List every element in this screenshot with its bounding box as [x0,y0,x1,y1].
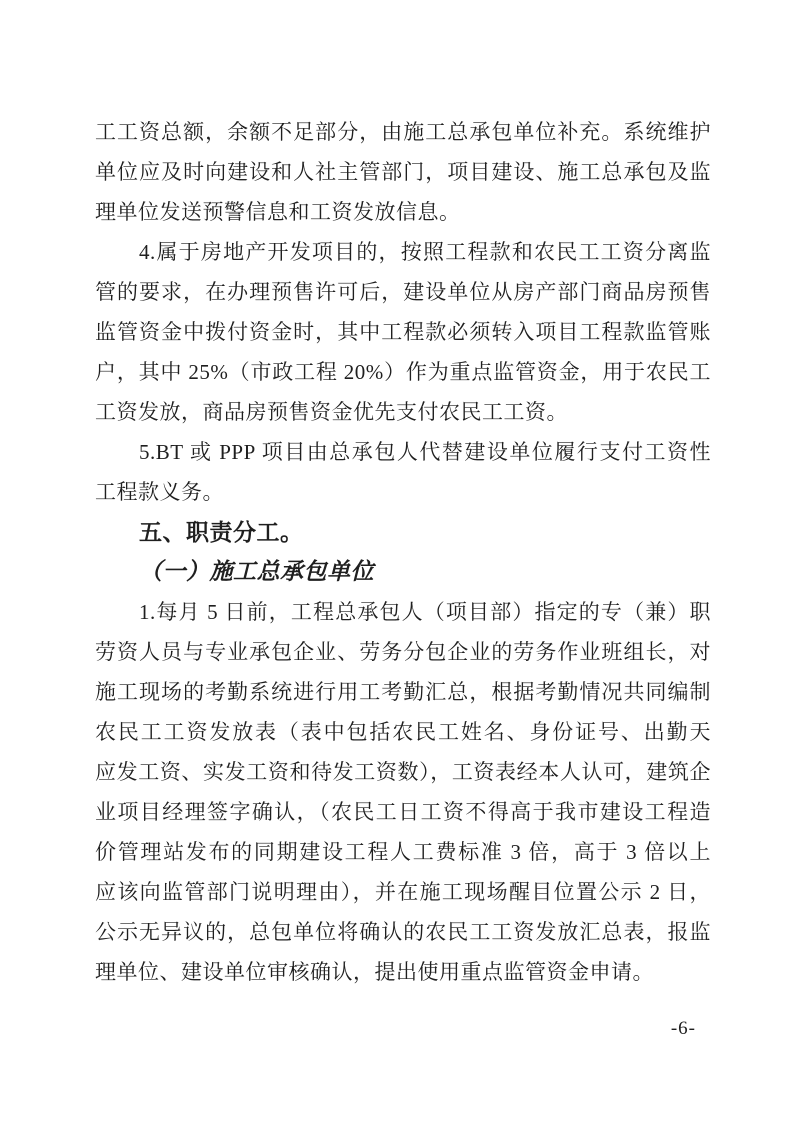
para-item-5-line-1: 5.BT 或 PPP 项目由总承包人代替建设单位履行支付工资性 [95,432,711,472]
para-item-4-line-1: 4.属于房地产开发项目的，按照工程款和农民工工资分离监 [95,232,711,272]
para-continuation-line-3: 理单位发送预警信息和工资发放信息。 [95,192,711,232]
para-item-1-line-6: 业项目经理签字确认，（农民工日工资不得高于我市建设工程造 [95,792,711,832]
para-item-4-line-5: 工资发放，商品房预售资金优先支付农民工工资。 [95,392,711,432]
para-item-1-line-8: 应该向监管部门说明理由），并在施工现场醒目位置公示 2 日， [95,872,711,912]
heading-section-five-line-1: 五、职责分工。 [95,512,711,552]
para-item-1-line-9: 公示无异议的，总包单位将确认的农民工工资发放汇总表，报监 [95,912,711,952]
para-item-1-line-5: 应发工资、实发工资和待发工资数），工资表经本人认可，建筑企 [95,752,711,792]
para-item-1-line-1: 1.每月 5 日前，工程总承包人（项目部）指定的专（兼）职 [95,592,711,632]
heading-subsection-one-line-1: （一）施工总承包单位 [95,552,711,592]
para-item-1-line-10: 理单位、建设单位审核确认，提出使用重点监管资金申请。 [95,952,711,992]
para-item-1-line-7: 价管理站发布的同期建设工程人工费标准 3 倍，高于 3 倍以上的， [95,832,711,872]
para-item-4-line-3: 监管资金中拨付资金时，其中工程款必须转入项目工程款监管账 [95,312,711,352]
para-item-1-line-3: 施工现场的考勤系统进行用工考勤汇总，根据考勤情况共同编制 [95,672,711,712]
para-item-1-line-2: 劳资人员与专业承包企业、劳务分包企业的劳务作业班组长，对 [95,632,711,672]
document-page: 工工资总额，余额不足部分，由施工总承包单位补充。系统维护单位应及时向建设和人社主… [0,0,793,1122]
page-number: -6- [671,1018,696,1040]
para-item-4-line-2: 管的要求，在办理预售许可后，建设单位从房产部门商品房预售 [95,272,711,312]
para-continuation-line-2: 单位应及时向建设和人社主管部门，项目建设、施工总承包及监 [95,152,711,192]
para-item-5-line-2: 工程款义务。 [95,472,711,512]
document-body: 工工资总额，余额不足部分，由施工总承包单位补充。系统维护单位应及时向建设和人社主… [95,112,711,992]
para-item-1-line-4: 农民工工资发放表（表中包括农民工姓名、身份证号、出勤天数、 [95,712,711,752]
para-item-4-line-4: 户，其中 25%（市政工程 20%）作为重点监管资金，用于农民工 [95,352,711,392]
para-continuation-line-1: 工工资总额，余额不足部分，由施工总承包单位补充。系统维护 [95,112,711,152]
